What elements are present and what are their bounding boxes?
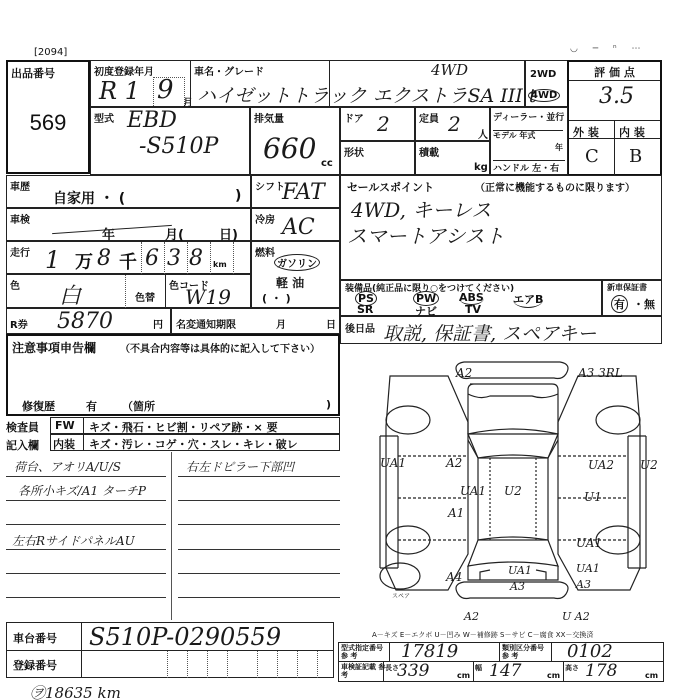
handle-label: ハンドル	[493, 164, 529, 174]
chassis-box: 車台番号 S510P-0290559 登録番号	[6, 622, 334, 678]
model-cell: 型式 EBD -S510P	[90, 107, 250, 175]
dealer-label: ディーラー・並行	[493, 110, 564, 123]
digit-sep	[164, 242, 165, 274]
displacement-value: 660	[263, 132, 316, 165]
inspector-note-left-1: 荷台、アオリA/U/S	[14, 458, 121, 475]
lot-number-label: 出品番号	[11, 65, 55, 81]
model-label: 型式	[94, 110, 114, 125]
width-label: 幅	[475, 663, 482, 673]
fuel-diesel: 軽 油	[276, 274, 304, 291]
width-unit: cm	[547, 671, 560, 680]
capacity-label: 定員	[419, 110, 439, 125]
height-unit: cm	[645, 671, 658, 680]
dealer-cell: ディーラー・並行 モデル 年式 年 ハンドル 左・右	[490, 107, 568, 175]
recycle-label: R券	[10, 316, 28, 331]
comment-line	[6, 549, 166, 550]
color-cell: 色 白 色替 色コード W19	[6, 274, 251, 308]
score-label: 評 価 点	[569, 64, 660, 81]
width-value: 147	[489, 661, 521, 681]
name-change-cell: 名変通知期限 月 日	[171, 308, 340, 334]
digit-sep	[210, 242, 211, 274]
drive-2wd: 2WD	[530, 69, 556, 80]
repair-place: （箇所	[122, 398, 155, 414]
comment-line	[6, 573, 166, 574]
digit-sep	[187, 242, 188, 274]
color-sep	[125, 275, 126, 308]
damage-mark: A4	[446, 570, 462, 584]
ac-value: AC	[282, 215, 315, 240]
fuel-cell: 燃料 ガソリン 軽 油 ( ・ )	[251, 241, 340, 308]
fuel-label: 燃料	[255, 244, 275, 259]
color-code-sep	[165, 275, 166, 308]
model-value-2: -S510P	[139, 134, 218, 159]
chassis-label: 車台番号	[13, 630, 57, 646]
comment-line	[6, 476, 166, 477]
displacement-cell: 排気量 660 cc	[250, 107, 340, 175]
history-cell: 車歴 自家用 ・ ( )	[6, 175, 251, 208]
reg-sep	[257, 651, 258, 678]
fw-items: キズ・飛石・ヒビ割・リペア跡・× 要	[89, 419, 278, 435]
sales-point-note: （正常に機能するものに限ります）	[475, 179, 635, 194]
equipment-airbag: エアB	[513, 291, 543, 308]
mileage-label: 走行	[10, 244, 30, 259]
history-label: 車歴	[10, 178, 30, 193]
ac-label: 冷房	[255, 211, 275, 226]
damage-mark: UA1	[576, 536, 602, 550]
height-label: 高さ	[565, 663, 579, 673]
reg-sep	[167, 651, 168, 678]
history-value: 自家用 ・ (	[53, 188, 125, 208]
comment-line	[178, 500, 340, 501]
fw-sep	[83, 418, 84, 434]
shaken-label: 車検	[10, 211, 30, 226]
damage-legend: A－キズ E－エクボ U－凹み W－補修跡 S－サビ C－腐食 XX－交換済	[372, 630, 593, 640]
exterior-grade: C	[585, 146, 599, 167]
length-unit: cm	[457, 671, 470, 680]
mileage-digit-3: 6	[145, 246, 159, 271]
later-items-cell: 後日品 取説, 保証書, スペアキー	[340, 316, 662, 344]
reg-sep	[317, 651, 318, 678]
comment-line	[178, 549, 340, 550]
fw-row: FW キズ・飛石・ヒビ割・リペア跡・× 要	[50, 417, 340, 434]
warranty-cell: 新車保証書 有 ・無	[602, 280, 662, 316]
ref-sep	[389, 643, 390, 661]
mileage-sen: 千	[119, 248, 137, 274]
damage-mark: A2	[464, 610, 479, 623]
inspector-comments: 荷台、アオリA/U/S 各所小キズ/A1 ターチP 左右RサイドパネルAU 右左…	[6, 452, 340, 620]
recycle-value: 5870	[57, 309, 113, 334]
inspector-label-2: 記入欄	[6, 437, 39, 453]
capacity-value: 2	[448, 112, 461, 136]
sales-point-label: セールスポイント	[347, 179, 434, 195]
model-year-label: モデル 年式	[493, 130, 563, 140]
grade-divider	[614, 120, 615, 176]
comment-line	[178, 476, 340, 477]
damage-mark: U1	[584, 490, 602, 504]
ac-cell: 冷房 AC	[251, 208, 340, 241]
drive-note: 4WD	[431, 61, 468, 79]
lot-number: 569	[8, 110, 88, 136]
warranty-label: 新車保証書	[607, 282, 647, 293]
door-cell: ドア 2	[340, 107, 415, 141]
top-marks: ◡ ─ ⁿ ⋯	[570, 44, 646, 54]
ref-sep	[383, 661, 384, 682]
shape-label: 形状	[344, 144, 364, 159]
first-registration-label: 初度登録年月	[94, 63, 154, 78]
type-number-value: 17819	[401, 641, 458, 662]
year-unit: 年	[555, 142, 563, 153]
load-label: 積載	[419, 144, 439, 159]
reg-sep	[277, 651, 278, 678]
height-value: 178	[585, 661, 617, 681]
score-value: 3.5	[599, 84, 634, 109]
vehicle-name-label: 車名・グレード	[194, 63, 264, 78]
mileage-digit-4: 3	[167, 246, 181, 271]
registration-label: 登録番号	[13, 657, 57, 673]
reg-sep	[227, 651, 228, 678]
inspector-note-left-2: 各所小キズ/A1 ターチP	[18, 482, 146, 499]
mileage-digit-5: 8	[189, 246, 203, 271]
capacity-cell: 定員 2 人	[415, 107, 490, 141]
capacity-unit: 人	[478, 126, 488, 141]
certificate-label: 車検証記載 参 考	[341, 663, 387, 679]
drive-4wd-circled: 4WD	[528, 89, 560, 102]
mileage-cell: 走行 1 万 8 千 6 3 8 km	[6, 241, 251, 274]
damage-mark: UA1	[460, 484, 486, 498]
inspector-note-right-1: 右左ドピラー下部凹	[186, 458, 294, 475]
grade-header-divider	[569, 138, 660, 139]
shift-cell: シフト FAT	[251, 175, 340, 208]
fuel-other: ( ・ )	[262, 290, 291, 306]
warranty-yes-circled: 有	[611, 295, 628, 313]
repair-value: 有	[86, 398, 97, 414]
vehicle-name-value: ハイゼットトラック エクストラSA III t	[197, 81, 537, 108]
digit-sep	[233, 242, 234, 274]
equipment-tv: TV	[465, 303, 481, 316]
color-change-label: 色替	[135, 289, 155, 304]
mileage-digit-2: 8	[97, 246, 111, 271]
first-registration-month: 9	[157, 75, 174, 105]
sales-point-cell: セールスポイント （正常に機能するものに限ります） 4WD, キーレス スマート…	[340, 175, 662, 280]
name-change-month: 月	[276, 316, 286, 331]
damage-mark: A3	[510, 580, 525, 593]
comment-line	[6, 597, 166, 598]
equipment-cell: 装備品(純正品に限り○をつけてください) PS PW ABS エアB SR ナビ…	[340, 280, 602, 316]
damage-mark: UA2	[588, 458, 614, 472]
drive-type-cell: 2WD 4WD	[525, 60, 568, 107]
mileage-man: 万	[75, 248, 93, 274]
inspector-label-1: 検査員	[6, 419, 39, 435]
color-value: 白	[59, 279, 81, 310]
inspector-note-left-4: 左右RサイドパネルAU	[12, 532, 135, 549]
interior-row-label: 内装	[53, 436, 75, 452]
vehicle-name-cell: 車名・グレード 4WD ハイゼットトラック エクストラSA III t	[190, 60, 525, 107]
warranty-no: ・無	[633, 296, 655, 312]
handle-value: 左・右	[532, 164, 559, 174]
model-value-1: EBD	[127, 108, 177, 133]
length-value: 339	[397, 661, 429, 681]
shape-cell: 形状	[340, 141, 415, 175]
recycle-unit: 円	[153, 316, 163, 331]
fuel-gasoline-circled: ガソリン	[274, 254, 320, 271]
ref-sep	[473, 661, 474, 682]
lot-number-box: 出品番号 569	[6, 60, 90, 174]
comment-line	[6, 524, 166, 525]
shaken-cell: 車検 年 月( 日)	[6, 208, 251, 241]
name-change-label: 名変通知期限	[176, 316, 236, 331]
damage-mark: A3	[576, 578, 591, 591]
handwritten-footer: ㋾18635 km	[30, 682, 121, 700]
interior-items: キズ・汚レ・コゲ・穴・スレ・キレ・破レ	[89, 436, 298, 452]
notes-box: 注意事項申告欄 （不具合内容等は具体的に記入して下さい） 修復歴 有 （箇所 )	[6, 334, 340, 416]
displacement-unit: cc	[321, 158, 333, 169]
sheet-code: [2094]	[34, 47, 67, 58]
later-items-label: 後日品	[345, 320, 375, 335]
sales-line-2: スマートアシスト	[347, 220, 505, 249]
interior-sep	[83, 435, 84, 451]
interior-row: 内装 キズ・汚レ・コゲ・穴・スレ・キレ・破レ	[50, 434, 340, 451]
history-close: )	[235, 188, 241, 204]
mileage-digit-1: 1	[45, 246, 60, 274]
score-box: 評 価 点 3.5 外 装 内 装 C B	[567, 60, 662, 176]
mileage-unit: km	[213, 260, 227, 269]
comment-line	[6, 500, 166, 501]
chassis-number: S510P-0290559	[89, 623, 281, 651]
reg-sep	[187, 651, 188, 678]
interior-grade: B	[629, 146, 642, 167]
ref-sep	[551, 643, 552, 661]
ref-sep	[499, 643, 500, 661]
shift-value: FAT	[282, 180, 325, 205]
class-number-label: 類別区分番号 参 考	[502, 644, 550, 660]
handle-row: ハンドル 左・右	[493, 160, 565, 174]
load-cell: 積載 kg	[415, 141, 490, 175]
damage-mark: UA1	[576, 562, 600, 575]
comment-line	[178, 524, 340, 525]
equipment-sr: SR	[357, 303, 373, 316]
door-value: 2	[377, 112, 390, 136]
fw-label: FW	[55, 419, 75, 432]
first-registration-year: R 1	[99, 77, 140, 105]
comment-line	[178, 597, 340, 598]
color-code-value: W19	[185, 285, 231, 309]
damage-mark: A2	[446, 456, 462, 470]
damage-mark: A3 3RL	[578, 366, 623, 380]
damage-mark: A2	[456, 366, 472, 380]
name-change-day: 日	[326, 316, 336, 331]
damage-mark: A1	[448, 506, 464, 520]
repair-label: 修復歴	[22, 398, 55, 414]
notes-label: 注意事項申告欄	[12, 339, 96, 356]
spare-label: スペア	[392, 593, 410, 600]
class-number-value: 0102	[567, 641, 613, 662]
ref-sep	[563, 661, 564, 682]
shift-label: シフト	[255, 178, 285, 193]
damage-mark: U A2	[562, 610, 590, 623]
damage-mark: U2	[640, 458, 658, 472]
damage-mark: UA1	[380, 456, 406, 470]
damage-mark: UA1	[508, 564, 532, 577]
comment-line	[178, 573, 340, 574]
load-unit: kg	[474, 162, 488, 173]
chassis-label-divider	[81, 623, 82, 678]
reference-box: 型式指定番号 参 考 17819 類別区分番号 参 考 0102 車検証記載 参…	[338, 642, 664, 682]
sales-line-1: 4WD, キーレス	[351, 194, 491, 223]
door-label: ドア	[344, 110, 364, 125]
digit-sep	[141, 242, 142, 274]
type-number-label: 型式指定番号 参 考	[341, 644, 387, 660]
reg-sep	[297, 651, 298, 678]
notes-note: （不具合内容等は具体的に記入して下さい）	[120, 340, 320, 355]
repair-close: )	[326, 398, 331, 411]
comments-divider	[171, 452, 172, 620]
recycle-cell: R券 5870 円	[6, 308, 171, 334]
color-label: 色	[10, 277, 20, 292]
damage-mark: U2	[504, 484, 522, 498]
later-items-value: 取説, 保証書, スペアキー	[383, 319, 596, 346]
reg-sep	[207, 651, 208, 678]
displacement-label: 排気量	[254, 110, 284, 125]
